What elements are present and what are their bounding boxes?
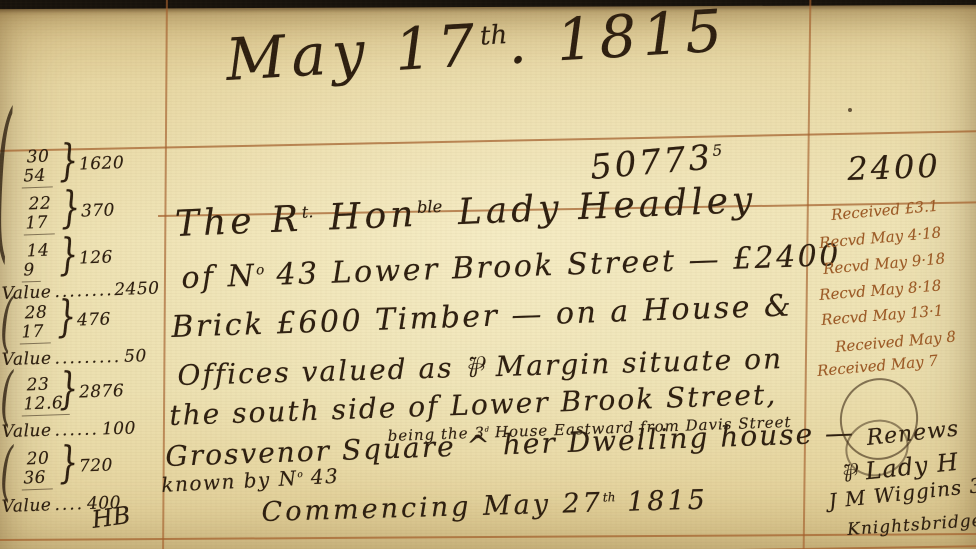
ledger-page-photo: May 17th. 1815 507735 2400 ( ( ( ( 30 54… [0,0,976,549]
policy-number: 507735 [589,137,725,188]
entry-text: 43 [302,464,340,490]
margin-total: 476 [77,309,112,330]
date-heading: May 17th. 1815 [224,0,730,94]
page-top-edge [0,0,976,9]
entry-text: of N [181,258,257,296]
ruled-line-horizontal-bottom-right [735,545,976,549]
margin-total: 126 [79,247,114,268]
margin-num: 9 [21,260,41,283]
margin-num: 28 [24,303,47,324]
margin-num: 17 [19,321,50,344]
entry-line-construction: Brick £600 Timber — on a House & [171,288,794,345]
margin-total: 720 [79,455,114,476]
value-label: Value [1,421,51,442]
brace-glyph: } [56,292,77,343]
margin-value-line: Value ......... 50 [1,346,159,370]
endorsement-note: Knightsbridge [847,511,976,540]
margin-num: 36 [21,467,52,490]
value-amount: 100 [102,418,136,439]
receipt-note: Recvd May 4·18 [818,223,941,252]
margin-total: 1620 [79,153,125,175]
brace-glyph: } [58,438,79,489]
brace-glyph: } [58,136,79,187]
entry-text: 43 Lower Brook Street — £2400 [264,238,842,293]
margin-calc-group: 22 17 } 370 [8,192,159,241]
entry-text: 1815 [615,485,708,519]
receipt-note: Received £3.1 [830,197,939,224]
receipt-note: Recvd May 13·1 [821,301,944,329]
margin-calc-group: 30 54 } 1620 [6,145,157,194]
brace-glyph: } [58,230,79,281]
dotted-leader: .... [54,494,84,515]
margin-value-line: Value .......... 2450 [1,278,160,304]
entry-text: Hon [313,194,418,239]
brace-glyph: } [60,183,81,234]
margin-calc-group: 23 12.6 } 2876 [6,373,157,422]
clerk-initials: HB [90,501,132,534]
policy-number-superscript: 5 [712,141,723,160]
value-amount: 50 [124,346,147,367]
entry-line-commencing: Commencing May 27th 1815 [261,485,708,528]
margin-num: 54 [21,165,52,188]
receipt-note: Received May 8 [834,328,956,356]
date-heading-year: . 1815 [506,0,730,77]
date-heading-ordinal: th [479,20,508,52]
entry-text: Commencing May 27 [261,487,603,528]
value-label: Value [1,349,51,370]
margin-total: 2876 [79,381,125,403]
value-amount: 2450 [114,278,160,300]
margin-calc-group: 20 36 } 720 [6,447,157,496]
ink-flourish-oval [848,108,852,112]
margin-num: 20 [26,449,49,470]
entry-text: Lady Headley [442,180,757,234]
receipt-note: Recvd May 8·18 [819,276,942,304]
margin-value-line: Value ...... 100 [1,418,159,442]
receipt-note: Recvd May 9·18 [822,249,945,278]
entry-superscript: th [603,490,616,504]
ruled-line-vertical-right [803,0,812,549]
entry-line-address: of No 43 Lower Brook Street — £2400 [181,238,842,296]
date-heading-main: May 17 [224,11,483,94]
value-label: Value [1,495,51,517]
value-label: Value [1,282,51,304]
entry-superscript: ble [417,197,443,217]
margin-num: 17 [23,212,54,235]
receipt-note: Received May 7 [816,352,938,380]
ruled-line-horizontal-bottom [0,533,976,541]
margin-num: 22 [28,194,51,215]
entry-text: The R [174,199,303,245]
policy-number-main: 50773 [589,137,715,188]
margin-total: 370 [81,200,116,221]
margin-num: 23 [26,375,49,396]
margin-value-line: Value .... 400 [1,491,160,517]
brace-glyph: } [58,364,79,415]
entry-line-insured-name: The Rt. Honble Lady Headley [174,180,757,245]
entry-superscript: t. [301,202,313,221]
margin-calc-group: 28 17 } 476 [4,301,155,350]
margin-num: 14 [26,241,49,262]
margin-num: 30 [26,147,49,168]
sum-insured-amount: 2400 [847,147,942,188]
